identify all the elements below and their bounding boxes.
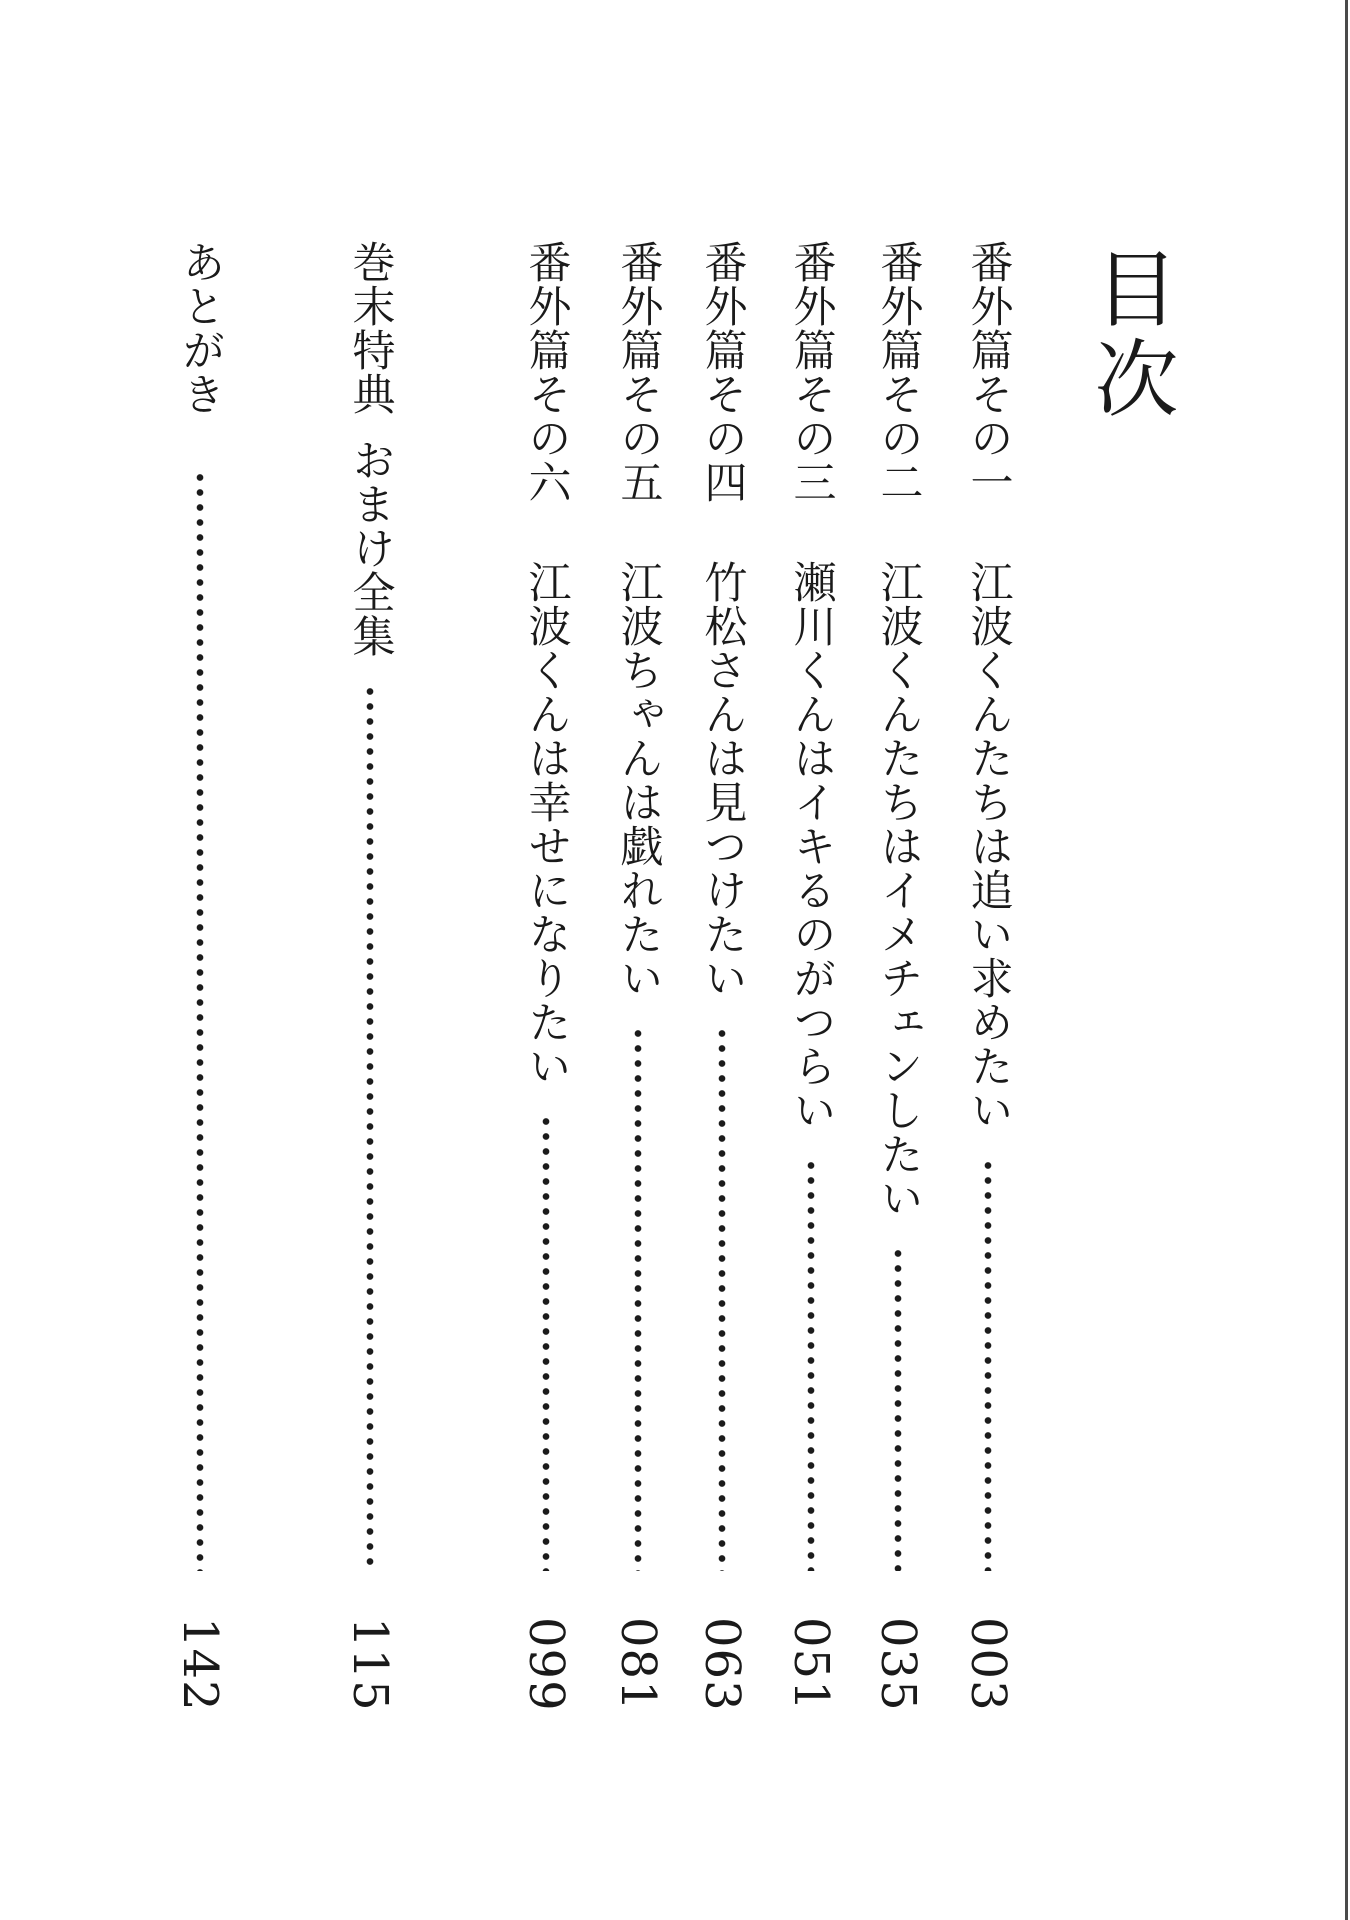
page-title: 目次 [1080, 245, 1172, 425]
toc-entry-chapter: 番外篇その三 [790, 240, 833, 504]
toc-entry-page-number: 115 [346, 1617, 394, 1712]
toc-entry-page-number: 099 [522, 1617, 570, 1712]
toc-entry: 番外篇その四 竹松さんは見つけたい 063 [698, 240, 746, 1712]
toc-entry: 番外篇その六 江波くんは幸せになりたい 099 [522, 240, 570, 1712]
toc-entry-page-number: 003 [964, 1617, 1012, 1712]
dot-leader [717, 1026, 727, 1571]
toc-entry-chapter: 番外篇その六 [525, 240, 568, 504]
spacer [370, 416, 371, 438]
toc-entry: 番外篇その二 江波くんたちはイメチェンしたい 035 [874, 240, 922, 1712]
toc-entry-chapter: 番外篇その一 [967, 240, 1010, 504]
dot-leader [806, 1158, 816, 1571]
spacer [638, 504, 639, 560]
toc-entry-chapter: 番外篇その五 [617, 240, 660, 504]
toc-entry-chapter: あとがき [179, 240, 222, 416]
spacer [546, 504, 547, 560]
toc-entry: 番外篇その三 瀬川くんはイキるのがつらい 051 [787, 240, 835, 1712]
dot-leader [541, 1114, 551, 1571]
toc-entry-page-number: 035 [874, 1617, 922, 1712]
dot-leader [893, 1246, 903, 1571]
toc-entry-title: 竹松さんは見つけたい [701, 560, 744, 1000]
spacer [898, 504, 899, 560]
spacer [988, 504, 989, 560]
toc-entry-title: 江波くんは幸せになりたい [525, 560, 568, 1088]
dot-leader [983, 1158, 993, 1571]
toc-entry-page-number: 081 [614, 1617, 662, 1712]
toc-entry: 番外篇その一 江波くんたちは追い求めたい 003 [964, 240, 1012, 1712]
toc-entry-title: 江波くんたちは追い求めたい [967, 560, 1010, 1132]
toc-entry: あとがき 142 [176, 240, 224, 1712]
toc-entry: 巻末特典 おまけ全集 115 [346, 240, 394, 1712]
toc-entry-chapter: 番外篇その二 [877, 240, 920, 504]
dot-leader [633, 1026, 643, 1571]
spacer [811, 504, 812, 560]
dot-leader [195, 470, 205, 1571]
toc-entry-page-number: 051 [787, 1617, 835, 1712]
toc-entry-chapter: 番外篇その四 [701, 240, 744, 504]
toc-entry-page-number: 142 [176, 1617, 224, 1712]
toc-entry-page-number: 063 [698, 1617, 746, 1712]
toc-entry-title: 江波くんたちはイメチェンしたい [877, 560, 920, 1220]
toc-entry-title: 瀬川くんはイキるのがつらい [790, 560, 833, 1132]
scan-edge-line [1345, 0, 1348, 1920]
toc-entry-title: おまけ全集 [349, 438, 392, 658]
toc-entry: 番外篇その五 江波ちゃんは戯れたい 081 [614, 240, 662, 1712]
spacer [722, 504, 723, 560]
toc-entry-title: 江波ちゃんは戯れたい [617, 560, 660, 1000]
toc-page: 目次 番外篇その一 江波くんたちは追い求めたい 003 番外篇その二 江波くんた… [0, 0, 1350, 1920]
dot-leader [365, 684, 375, 1571]
toc-entry-chapter: 巻末特典 [349, 240, 392, 416]
